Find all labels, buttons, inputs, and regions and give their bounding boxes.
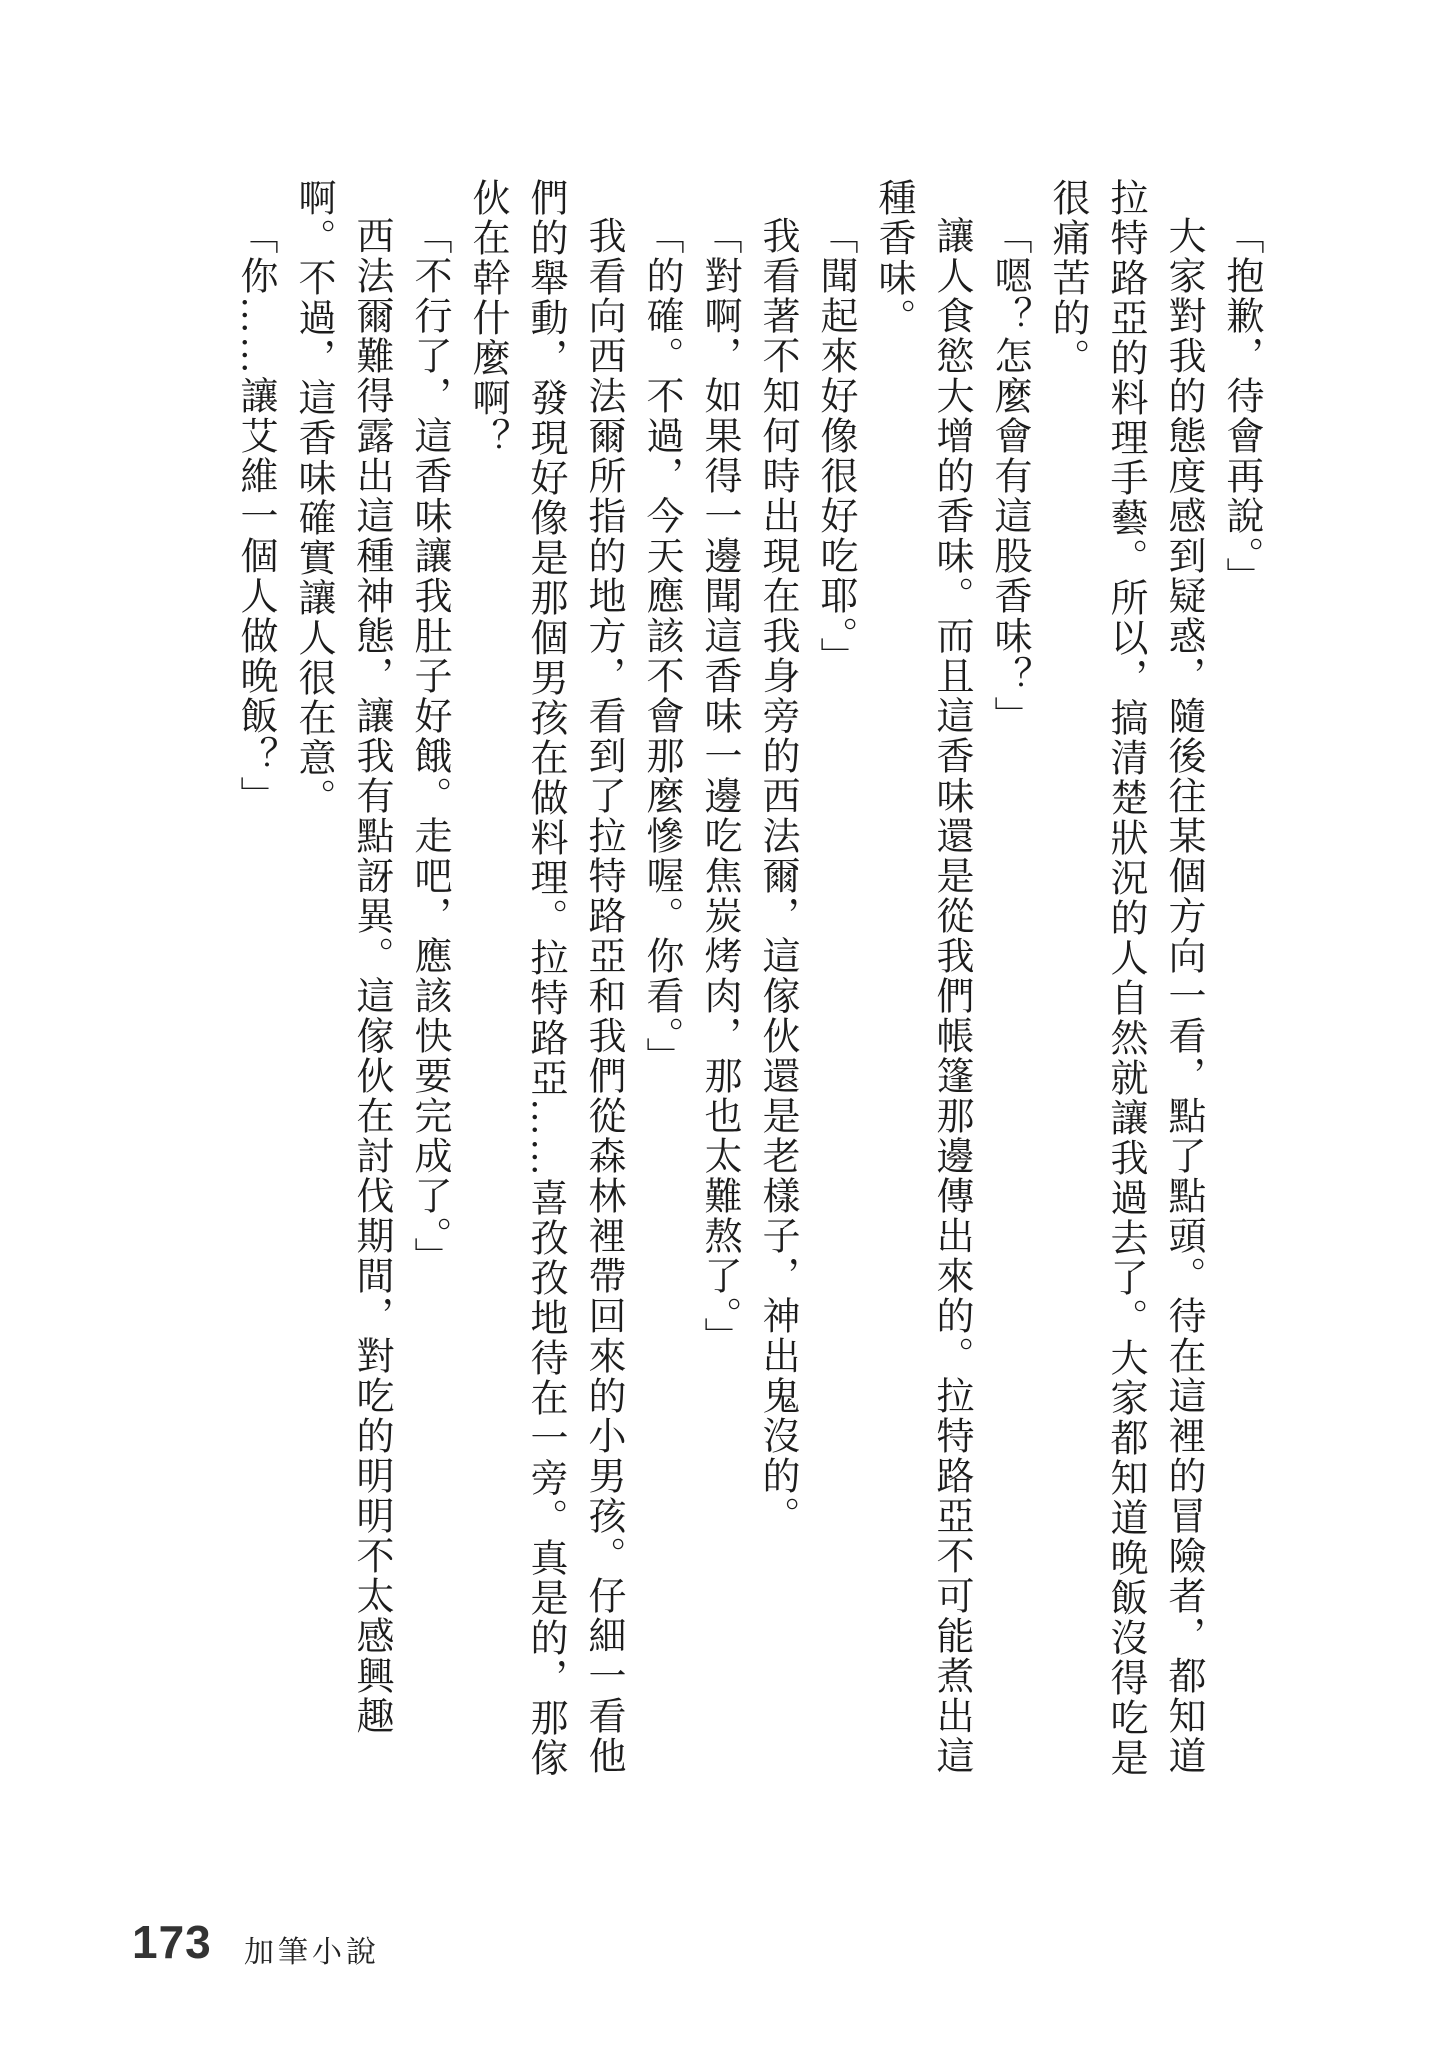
paragraph-dialogue: 「抱歉，待會再說。」 bbox=[1212, 178, 1270, 1790]
paragraph-narration: 我看向西法爾所指的地方，看到了拉特路亞和我們從森林裡帶回來的小男孩。仔細一看他們… bbox=[458, 178, 632, 1790]
paragraph-dialogue: 「不行了，這香味讓我肚子好餓。走吧，應該快要完成了。」 bbox=[400, 178, 458, 1790]
paragraph-dialogue: 「嗯？怎麼會有這股香味？」 bbox=[980, 178, 1038, 1790]
paragraph-dialogue: 「你……讓艾維一個人做晚飯？」 bbox=[226, 178, 284, 1790]
novel-text-block: 「抱歉，待會再說。」 大家對我的態度感到疑惑，隨後往某個方向一看，點了點頭。待在… bbox=[230, 178, 1270, 1790]
paragraph-narration: 大家對我的態度感到疑惑，隨後往某個方向一看，點了點頭。待在這裡的冒險者，都知道拉… bbox=[1038, 178, 1212, 1790]
page-footer: 173 加筆小說 bbox=[0, 1905, 1440, 1985]
section-label: 加筆小說 bbox=[244, 1927, 380, 1971]
paragraph-dialogue: 「對啊，如果得一邊聞這香味一邊吃焦炭烤肉，那也太難熬了。」 bbox=[690, 178, 748, 1790]
paragraph-dialogue: 「聞起來好像很好吃耶。」 bbox=[806, 178, 864, 1790]
paragraph-narration: 西法爾難得露出這種神態，讓我有點訝異。這傢伙在討伐期間，對吃的明明不太感興趣啊。… bbox=[284, 178, 400, 1790]
paragraph-dialogue: 「的確。不過，今天應該不會那麼慘喔。你看。」 bbox=[632, 178, 690, 1790]
paragraph-narration: 我看著不知何時出現在我身旁的西法爾，這傢伙還是老樣子，神出鬼沒的。 bbox=[748, 178, 806, 1790]
paragraph-narration: 讓人食慾大增的香味。而且這香味還是從我們帳篷那邊傳出來的。拉特路亞不可能煮出這種… bbox=[864, 178, 980, 1790]
book-page: 「抱歉，待會再說。」 大家對我的態度感到疑惑，隨後往某個方向一看，點了點頭。待在… bbox=[0, 0, 1440, 2048]
page-number: 173 bbox=[132, 1915, 212, 1969]
